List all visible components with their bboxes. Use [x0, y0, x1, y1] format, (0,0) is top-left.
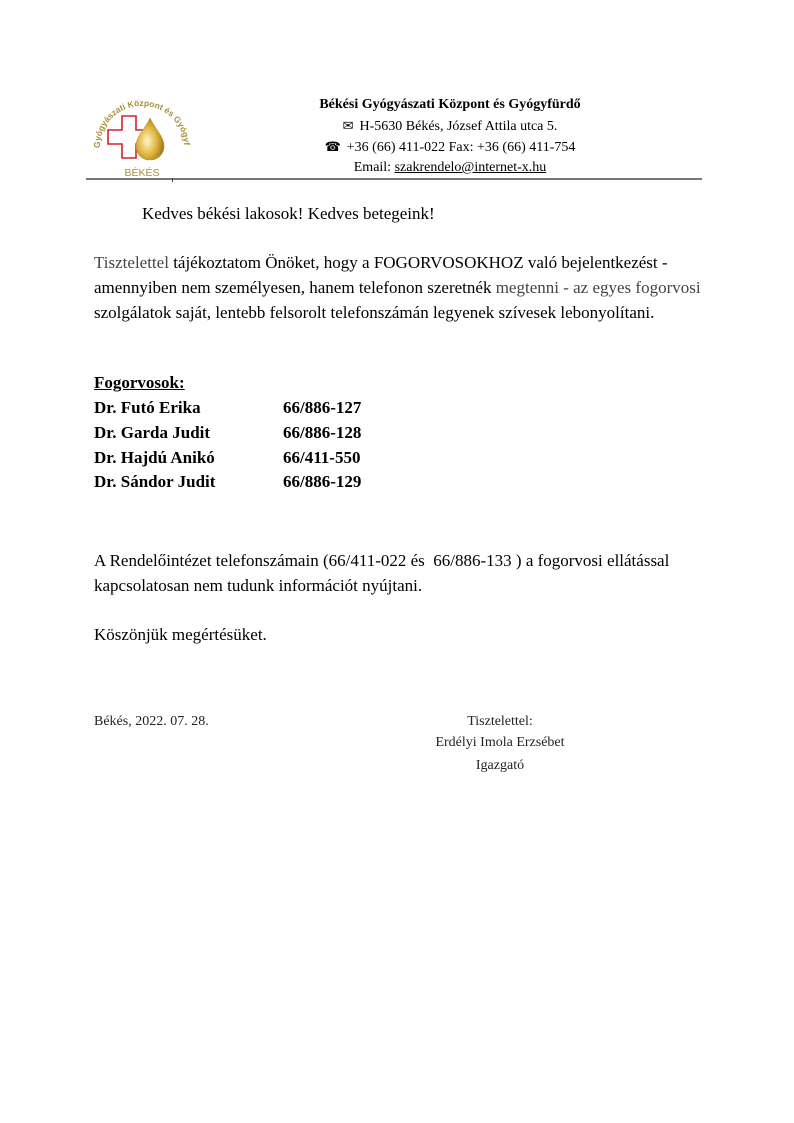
intro-part-3: megtenni - az egyes fogorvosi — [496, 278, 701, 297]
dentist-phone: 66/886-127 — [283, 398, 361, 418]
header-divider — [86, 178, 702, 180]
closing-line: Tisztelettel: — [410, 712, 590, 732]
logo-city-text: BÉKÉS — [124, 166, 159, 178]
address-text: H-5630 Békés, József Attila utca 5. — [360, 119, 558, 134]
dentist-phone: 66/886-128 — [283, 423, 361, 443]
envelope-icon: ✉ — [343, 116, 354, 136]
dentist-row: Dr. Garda Judit 66/886-128 — [94, 423, 414, 448]
phone-line: ☎+36 (66) 411-022 Fax: +36 (66) 411-754 — [250, 137, 650, 158]
email-label: Email: — [354, 160, 395, 175]
dentist-row: Dr. Hajdú Anikó 66/411-550 — [94, 448, 414, 473]
signatory-title: Igazgató — [410, 756, 590, 776]
oil-drop-icon — [136, 118, 164, 160]
dentist-name: Dr. Futó Erika — [94, 398, 201, 418]
dentist-name: Dr. Hajdú Anikó — [94, 448, 215, 468]
dentists-heading: Fogorvosok: — [94, 373, 185, 393]
telephone-icon: ☎ — [325, 137, 341, 157]
email-line: Email: szakrendelo@internet-x.hu — [250, 158, 650, 178]
dentist-name: Dr. Garda Judit — [94, 423, 210, 443]
thanks-line: Köszönjük megértésüket. — [94, 622, 267, 647]
intro-part-4: szolgálatok saját, lentebb felsorolt tel… — [94, 303, 654, 322]
letter-date: Békés, 2022. 07. 28. — [94, 712, 209, 732]
dentist-name: Dr. Sándor Judit — [94, 472, 215, 492]
institution-name: Békési Gyógyászati Központ és Gyógyfürdő — [250, 95, 650, 115]
intro-part-1: Tisztelettel — [94, 253, 169, 272]
dentist-phone: 66/886-129 — [283, 472, 361, 492]
header-divider-tick — [172, 178, 173, 182]
greeting: Kedves békési lakosok! Kedves betegeink! — [142, 201, 435, 226]
dentist-phone: 66/411-550 — [283, 448, 360, 468]
intro-paragraph: Tisztelettel tájékoztatom Önöket, hogy a… — [94, 250, 704, 325]
address-line: ✉H-5630 Békés, József Attila utca 5. — [250, 116, 650, 137]
email-link[interactable]: szakrendelo@internet-x.hu — [395, 160, 547, 175]
institution-logo: Gyógyászati Központ és Gyógyfürdő BÉKÉS — [86, 92, 198, 178]
notice-paragraph: A Rendelőintézet telefonszámain (66/411-… — [94, 548, 714, 598]
signatory-name: Erdélyi Imola Erzsébet — [410, 733, 590, 753]
phone-text: +36 (66) 411-022 Fax: +36 (66) 411-754 — [347, 140, 576, 155]
dentist-row: Dr. Futó Erika 66/886-127 — [94, 398, 414, 423]
dentist-row: Dr. Sándor Judit 66/886-129 — [94, 472, 414, 497]
